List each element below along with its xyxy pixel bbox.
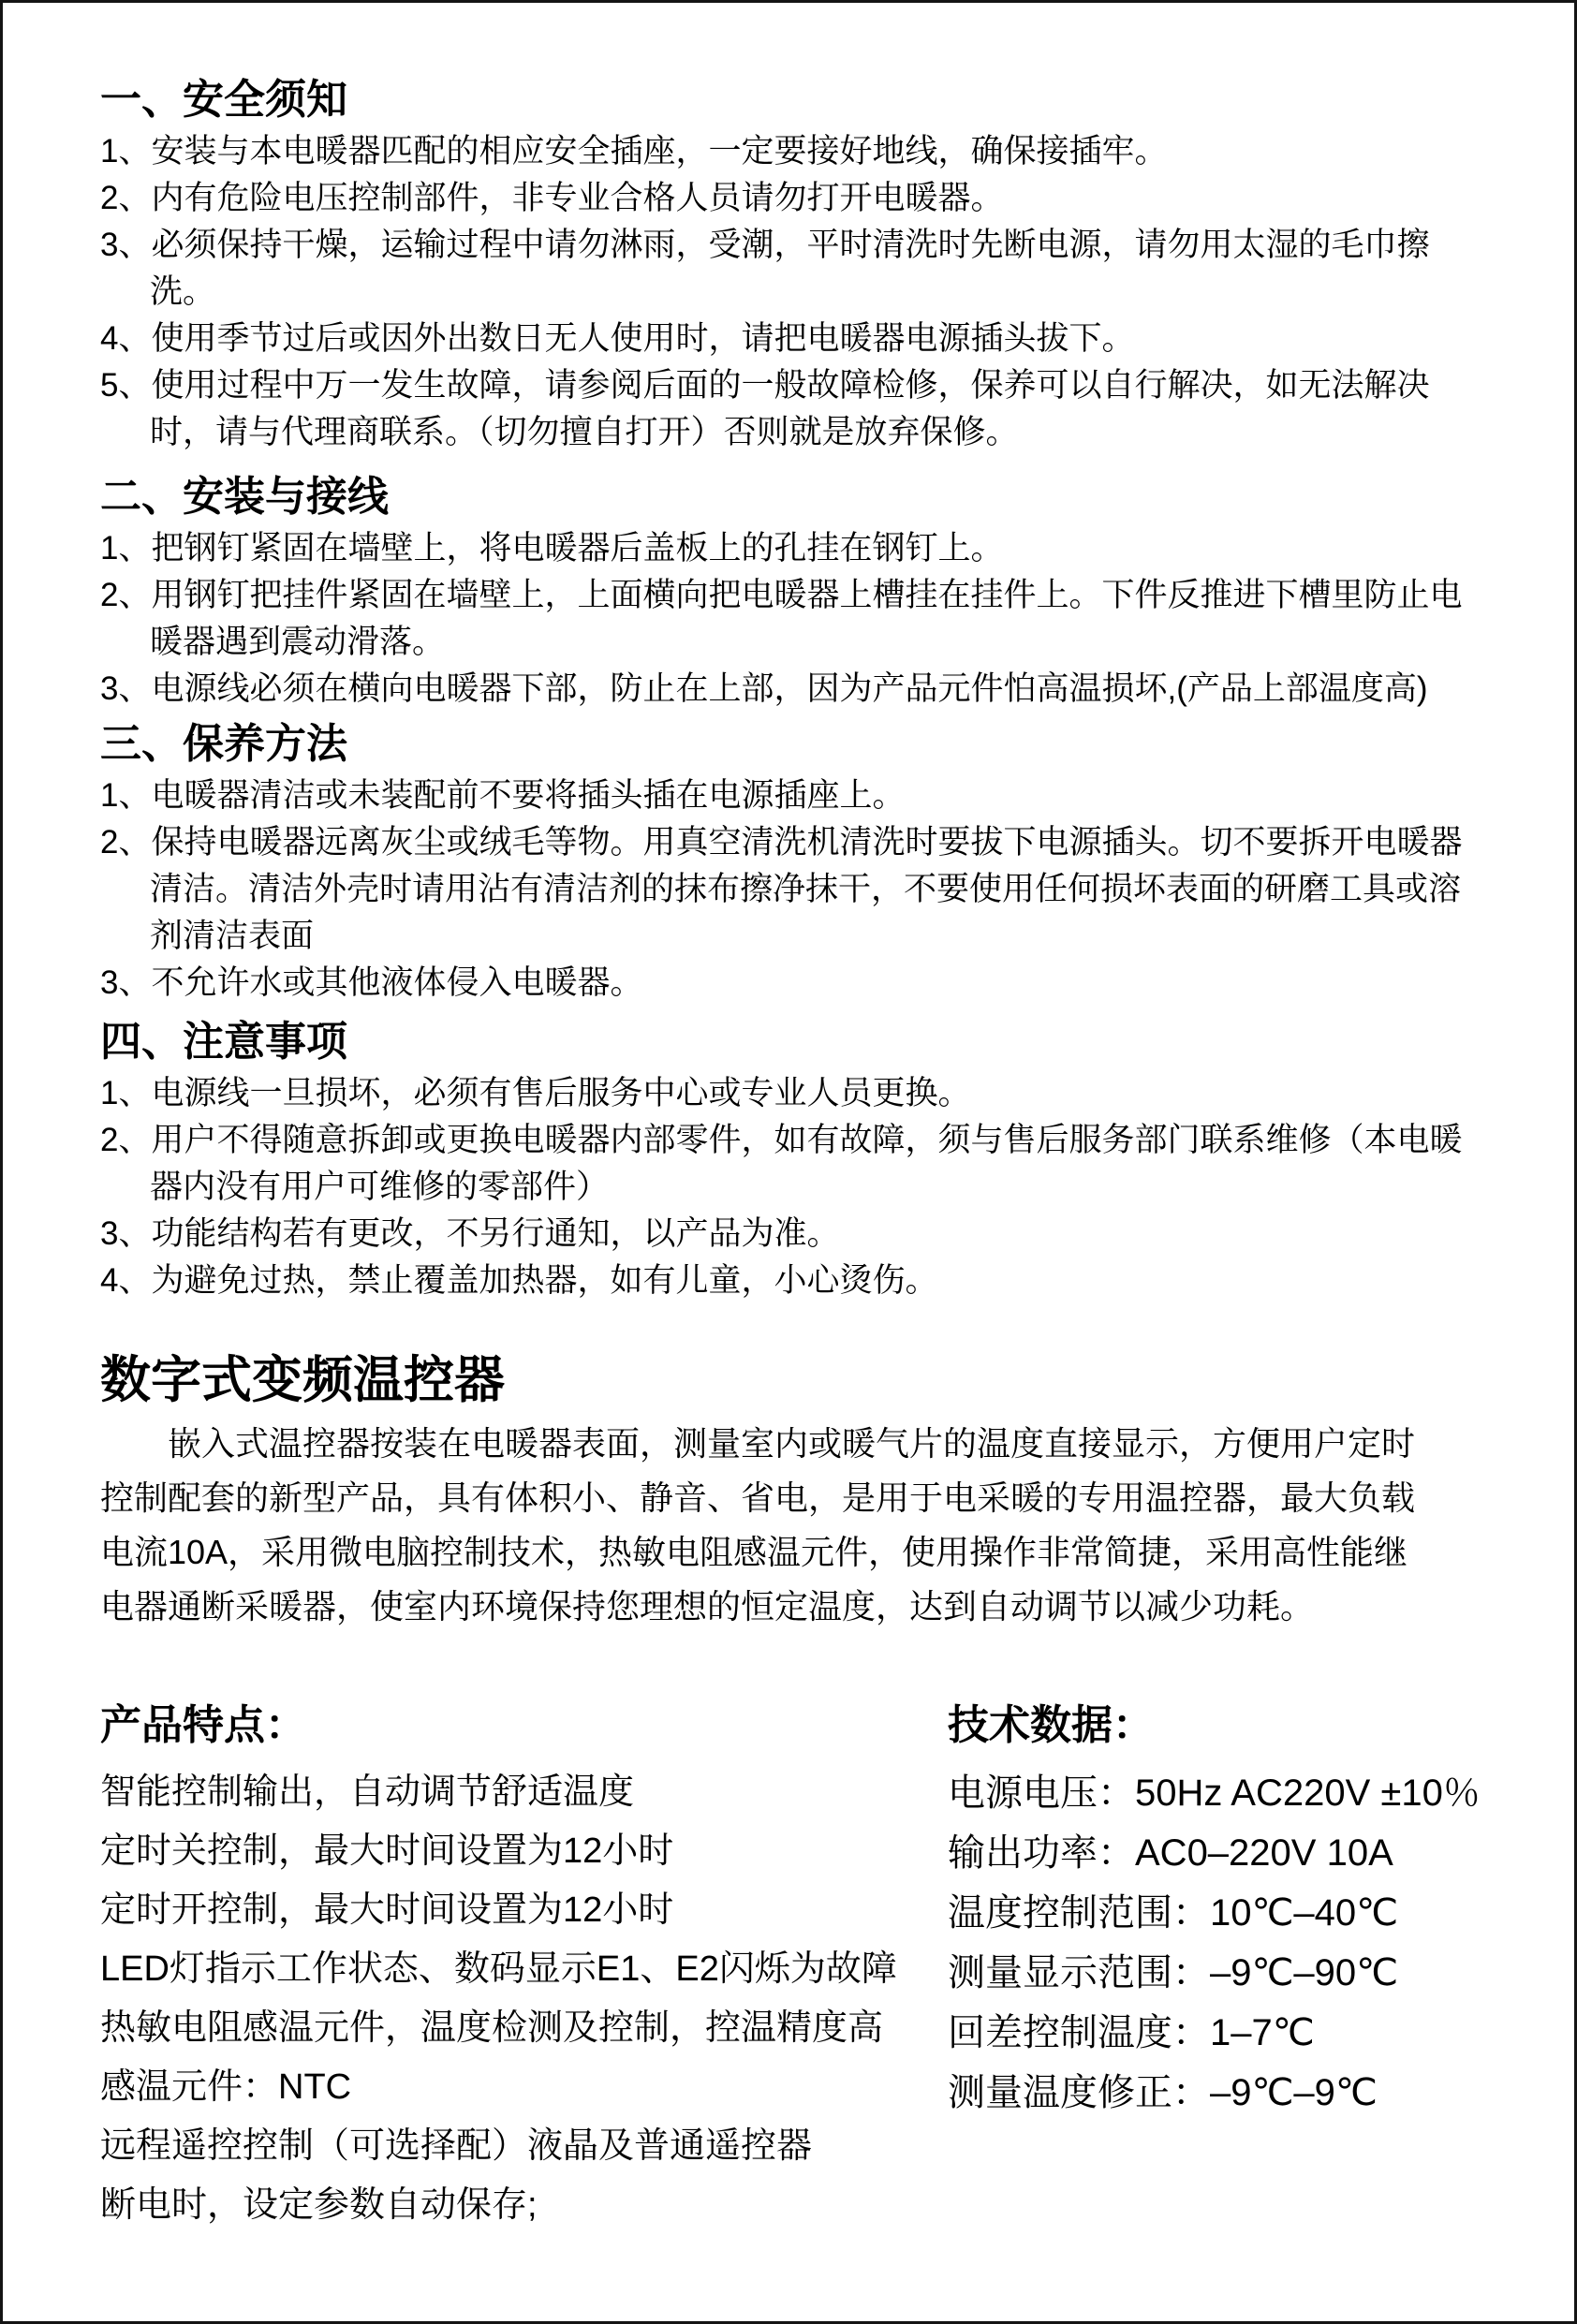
- list-item: 4、使用季节过后或因外出数日无人使用时，请把电暖器电源插头拔下。: [100, 316, 1481, 362]
- list-item: 3、不允许水或其他液体侵入电暖器。: [100, 960, 1481, 1007]
- list-item: 4、为避免过热，禁止覆盖加热器，如有儿童，小心烫伤。: [100, 1258, 1481, 1304]
- spec-item: 测量温度修正：–9℃–9℃: [948, 2063, 1481, 2123]
- feature-item: 感温元件：NTC: [100, 2058, 948, 2117]
- thermostat-title: 数字式变频温控器: [100, 1351, 1481, 1409]
- spec-item: 电源电压：50Hz AC220V ±10％: [948, 1763, 1481, 1823]
- list-item: 3、功能结构若有更改，不另行通知，以产品为准。: [100, 1211, 1481, 1258]
- list-item: 2、用户不得随意拆卸或更换电暖器内部零件，如有故障，须与售后服务部门联系维修（本…: [100, 1117, 1481, 1211]
- section-heading: 四、注意事项: [100, 1014, 1481, 1070]
- list-item: 3、必须保持干燥，运输过程中请勿淋雨，受潮，平时清洗时先断电源，请勿用太湿的毛巾…: [100, 222, 1481, 316]
- list-item: 2、内有危险电压控制部件，非专业合格人员请勿打开电暖器。: [100, 175, 1481, 222]
- list-item: 1、电暖器清洁或未装配前不要将插头插在电源插座上。: [100, 772, 1481, 819]
- features-list: 智能控制输出，自动调节舒适温度 定时关控制，最大时间设置为12小时 定时开控制，…: [100, 1763, 948, 2235]
- list-item: 1、安装与本电暖器匹配的相应安全插座，一定要接好地线，确保接插牢。: [100, 128, 1481, 175]
- spec-item: 输出功率：AC0–220V 10A: [948, 1823, 1481, 1883]
- section-installation-wiring: 二、安装与接线 1、把钢钉紧固在墙壁上，将电暖器后盖板上的孔挂在钢钉上。 2、用…: [100, 469, 1481, 713]
- feature-item: 热敏电阻感温元件，温度检测及控制，控温精度高: [100, 1999, 948, 2058]
- thermostat-description: 嵌入式温控器按装在电暖器表面，测量室内或暖气片的温度直接显示，方便用户定时 控制…: [100, 1417, 1481, 1634]
- spec-item: 温度控制范围：10℃–40℃: [948, 1883, 1481, 1943]
- section-heading: 三、保养方法: [100, 716, 1481, 772]
- technical-data-column: 技术数据： 电源电压：50Hz AC220V ±10％ 输出功率：AC0–220…: [948, 1696, 1481, 2235]
- specs-heading: 技术数据：: [948, 1696, 1481, 1756]
- spec-item: 回差控制温度：1–7℃: [948, 2003, 1481, 2063]
- section-heading: 二、安装与接线: [100, 469, 1481, 525]
- feature-item: LED灯指示工作状态、数码显示E1、E2闪烁为故障: [100, 1940, 948, 1999]
- section-precautions: 四、注意事项 1、电源线一旦损坏，必须有售后服务中心或专业人员更换。 2、用户不…: [100, 1014, 1481, 1304]
- feature-item: 远程遥控控制（可选择配）液晶及普通遥控器: [100, 2117, 948, 2176]
- specs-list: 电源电压：50Hz AC220V ±10％ 输出功率：AC0–220V 10A …: [948, 1763, 1481, 2123]
- feature-item: 智能控制输出，自动调节舒适温度: [100, 1763, 948, 1822]
- list-item: 1、电源线一旦损坏，必须有售后服务中心或专业人员更换。: [100, 1070, 1481, 1117]
- section-maintenance: 三、保养方法 1、电暖器清洁或未装配前不要将插头插在电源插座上。 2、保持电暖器…: [100, 716, 1481, 1007]
- feature-item: 定时关控制，最大时间设置为12小时: [100, 1822, 948, 1881]
- section-safety-notice: 一、安全须知 1、安装与本电暖器匹配的相应安全插座，一定要接好地线，确保接插牢。…: [100, 72, 1481, 456]
- list-item: 2、用钢钉把挂件紧固在墙壁上，上面横向把电暖器上槽挂在挂件上。下件反推进下槽里防…: [100, 572, 1481, 666]
- feature-item: 定时开控制，最大时间设置为12小时: [100, 1881, 948, 1940]
- section-heading: 一、安全须知: [100, 72, 1481, 128]
- feature-item: 断电时，设定参数自动保存;: [100, 2176, 948, 2235]
- product-features-column: 产品特点： 智能控制输出，自动调节舒适温度 定时关控制，最大时间设置为12小时 …: [100, 1696, 948, 2235]
- two-column-area: 产品特点： 智能控制输出，自动调节舒适温度 定时关控制，最大时间设置为12小时 …: [100, 1696, 1481, 2235]
- manual-page: 一、安全须知 1、安装与本电暖器匹配的相应安全插座，一定要接好地线，确保接插牢。…: [0, 0, 1577, 2324]
- list-item: 1、把钢钉紧固在墙壁上，将电暖器后盖板上的孔挂在钢钉上。: [100, 525, 1481, 572]
- spec-item: 测量显示范围：–9℃–90℃: [948, 1943, 1481, 2003]
- list-item: 3、电源线必须在横向电暖器下部，防止在上部，因为产品元件怕高温损坏,(产品上部温…: [100, 666, 1481, 713]
- list-item: 2、保持电暖器远离灰尘或绒毛等物。用真空清洗机清洗时要拔下电源插头。切不要拆开电…: [100, 819, 1481, 960]
- features-heading: 产品特点：: [100, 1696, 948, 1756]
- list-item: 5、使用过程中万一发生故障，请参阅后面的一般故障检修，保养可以自行解决，如无法解…: [100, 362, 1481, 456]
